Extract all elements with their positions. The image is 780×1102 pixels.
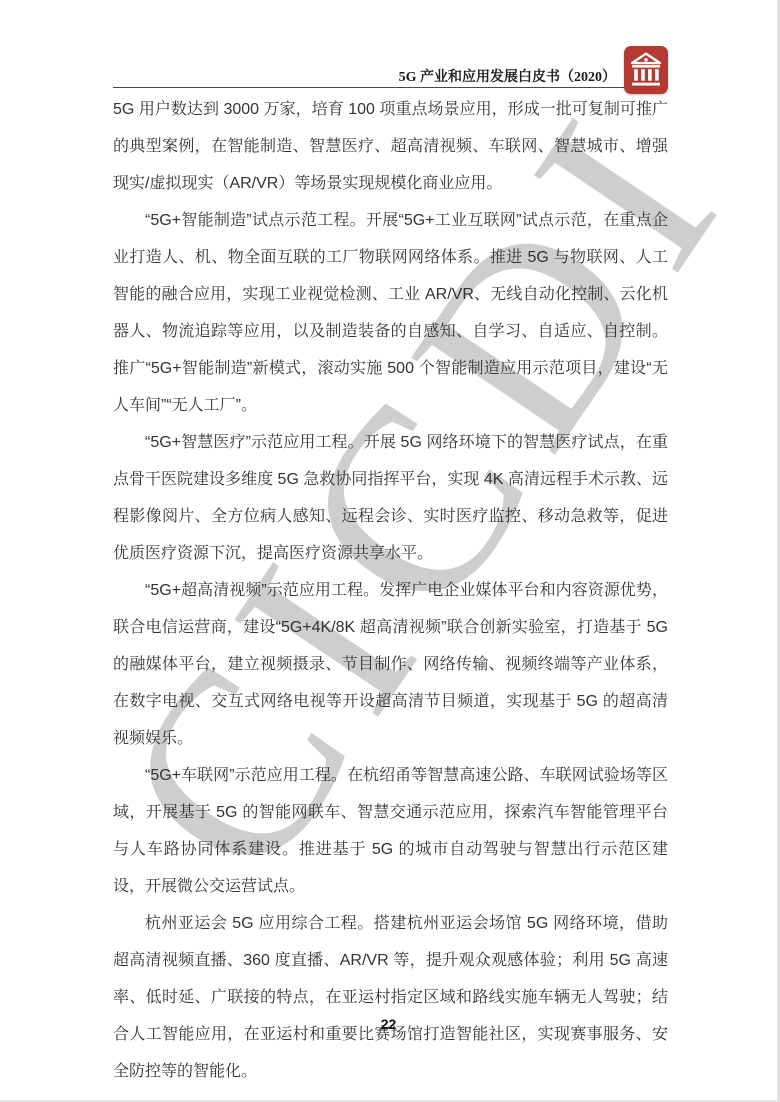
page-footer: 22: [0, 1016, 777, 1034]
paragraph-smart-healthcare: “5G+智慧医疗”示范应用工程。开展 5G 网络环境下的智慧医疗试点，在重点骨干…: [113, 424, 668, 572]
paragraph-uhd-video: “5G+超高清视频”示范应用工程。发挥广电企业媒体平台和内容资源优势，联合电信运…: [113, 572, 668, 757]
paragraph-continuation: 5G 用户数达到 3000 万家，培育 100 项重点场景应用，形成一批可复制可…: [113, 91, 668, 202]
paragraph-smart-manufacturing: “5G+智能制造”试点示范工程。开展“5G+工业互联网”试点示范，在重点企业打造…: [113, 202, 668, 424]
page-header: 5G 产业和应用发展白皮书（2020）: [113, 46, 668, 94]
paragraph-iov: “5G+车联网”示范应用工程。在杭绍甬等智慧高速公路、车联网试验场等区域，开展基…: [113, 757, 668, 905]
cicdi-logo: [624, 46, 668, 94]
document-body: 5G 用户数达到 3000 万家，培育 100 项重点场景应用，形成一批可复制可…: [113, 91, 668, 1090]
classical-building-icon: [628, 50, 664, 90]
header-title: 5G 产业和应用发展白皮书（2020）: [399, 66, 624, 94]
paragraph-asian-games: 杭州亚运会 5G 应用综合工程。搭建杭州亚运会场馆 5G 网络环境，借助超高清视…: [113, 905, 668, 1090]
page-number: 22: [381, 1016, 397, 1032]
document-page: CICDI 5G 产业和应用发展白皮书（2020） 5G 用户数达到 3000 …: [0, 0, 780, 1102]
